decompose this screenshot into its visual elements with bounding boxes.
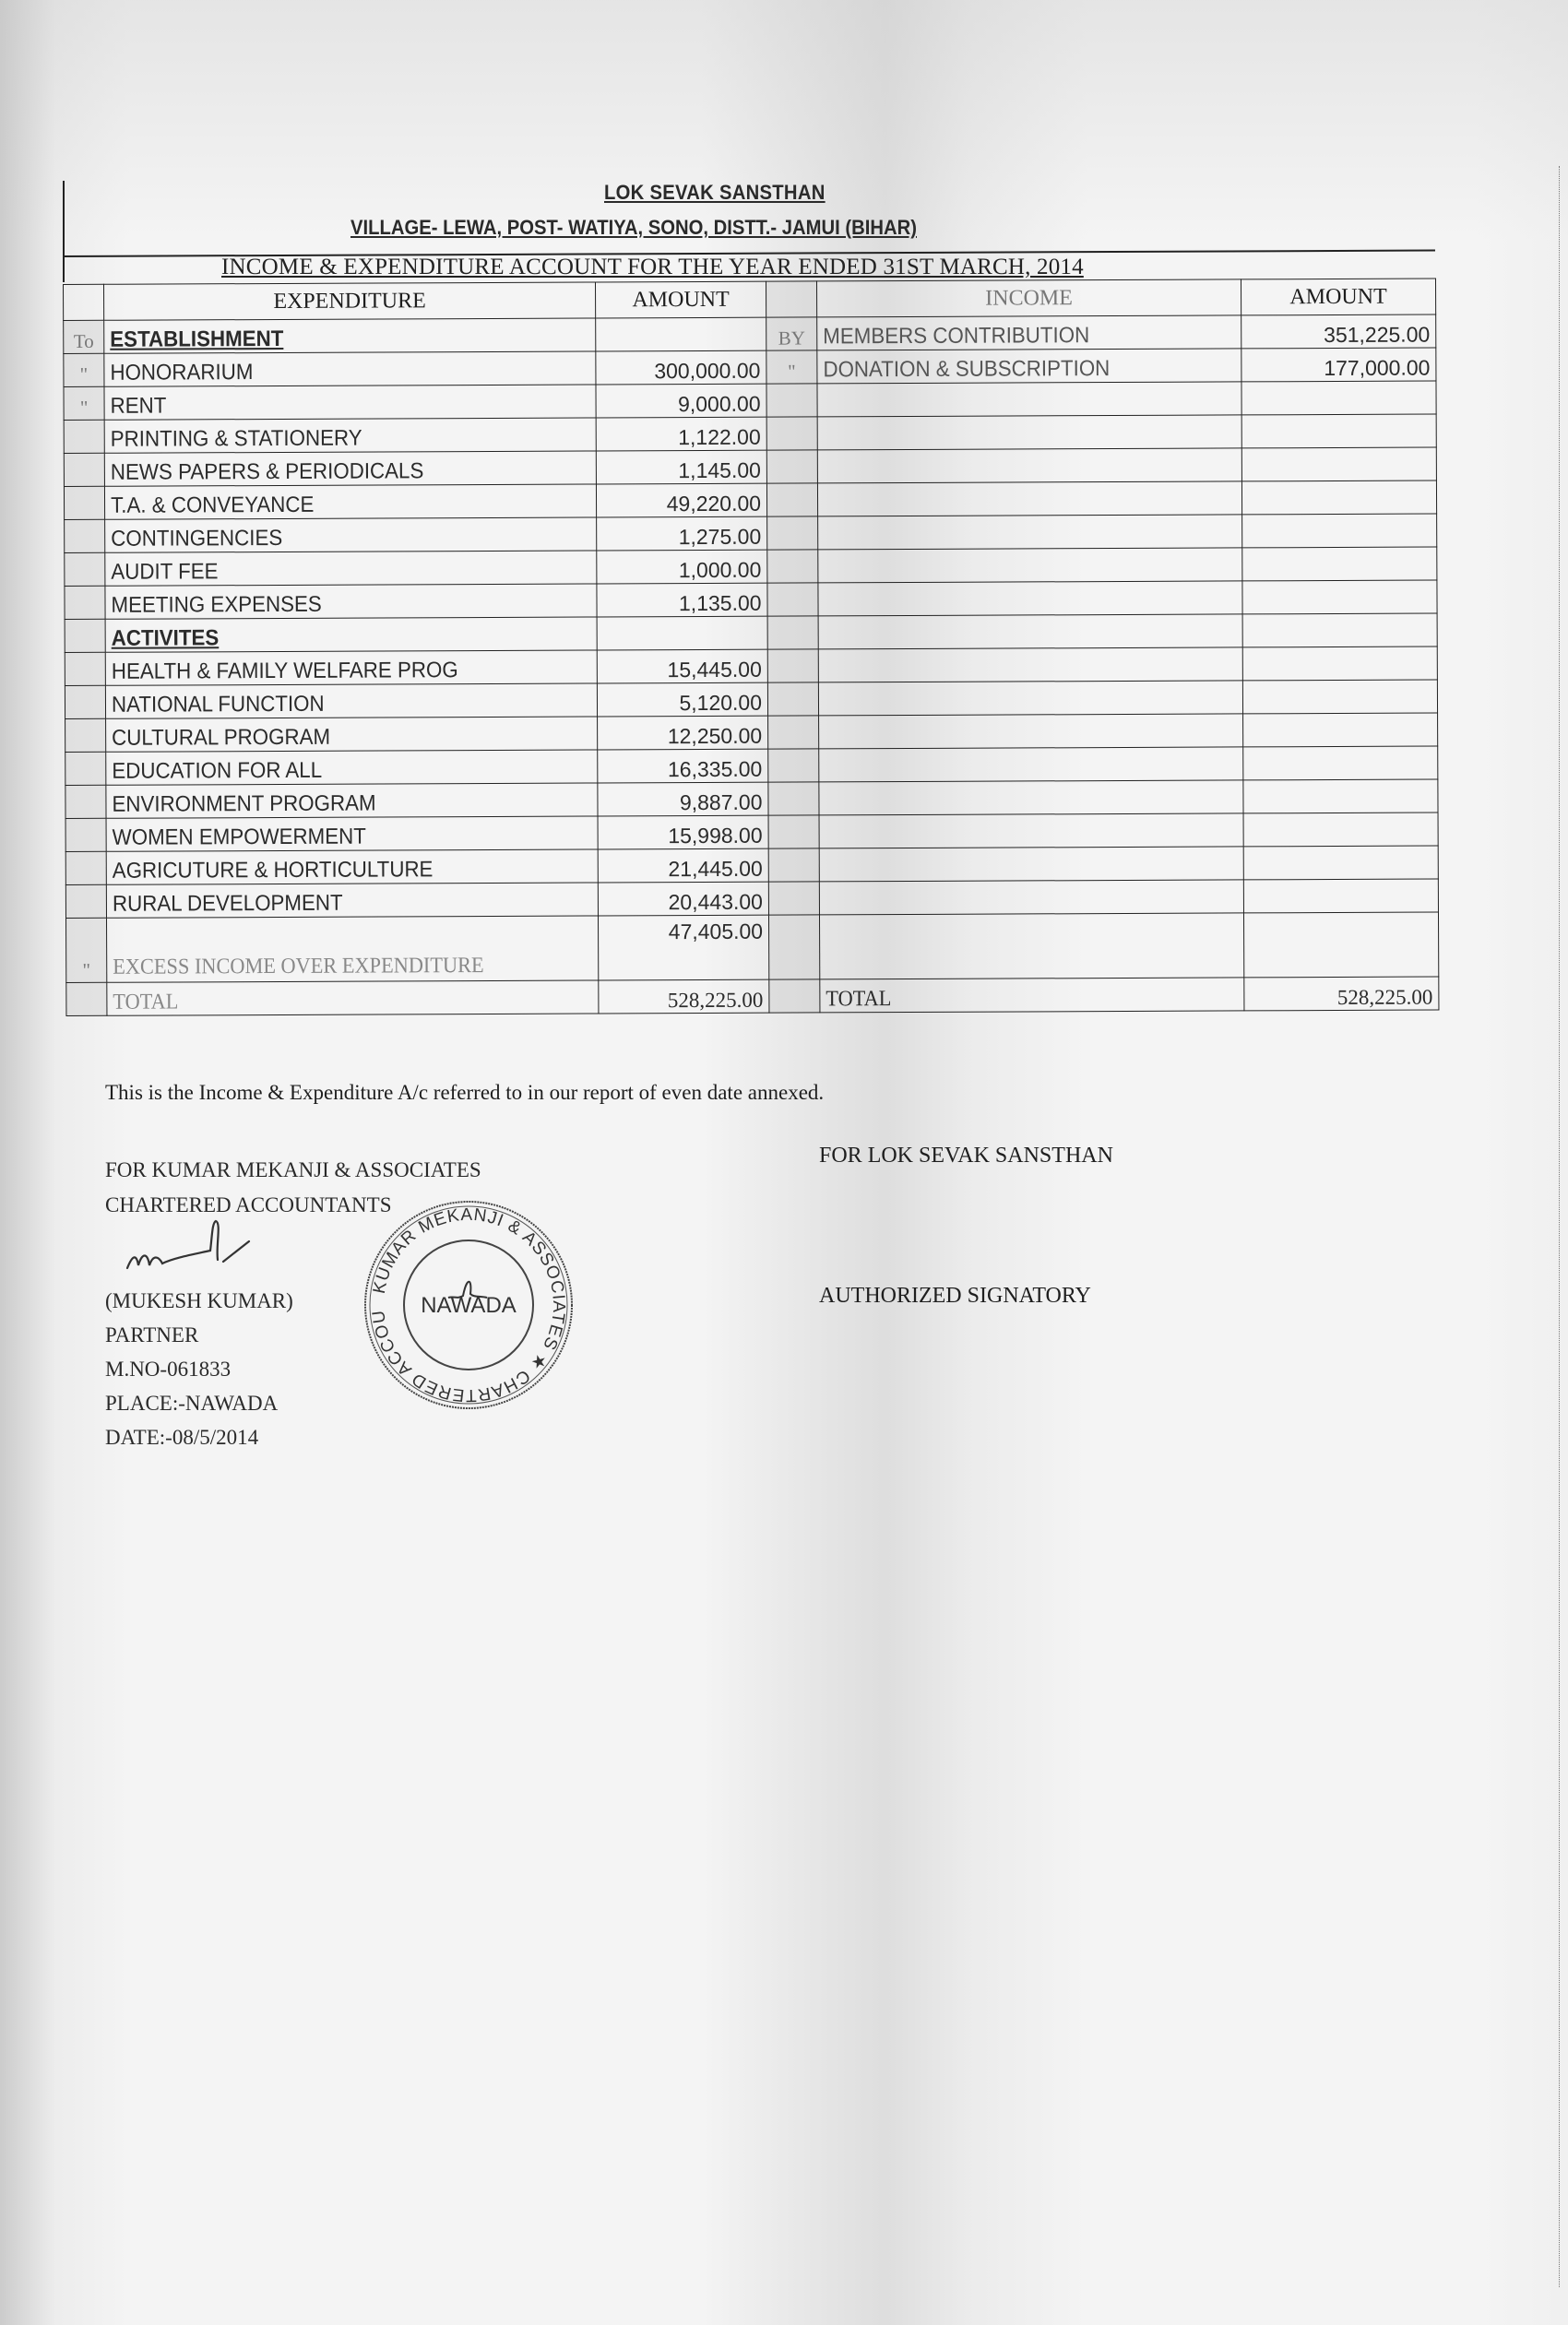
- expenditure-amount: 5,120.00: [597, 682, 767, 717]
- table-body: ToESTABLISHMENTBYMEMBERS CONTRIBUTION351…: [64, 314, 1439, 982]
- income-item: [819, 780, 1243, 815]
- expenditure-amount: 9,000.00: [596, 384, 766, 418]
- income-item: [817, 382, 1241, 417]
- income-prefix: [768, 716, 819, 749]
- income-prefix: [766, 450, 817, 483]
- income-total-label-text: TOTAL: [826, 987, 891, 1012]
- expenditure-amount: 20,443.00: [598, 882, 768, 916]
- expenditure-item-label: NEWS PAPERS & PERIODICALS: [111, 458, 424, 485]
- expenditure-amount: 47,405.00: [598, 915, 768, 980]
- income-amount: [1242, 680, 1437, 714]
- income-item: [819, 813, 1243, 848]
- expenditure-item-label: AUDIT FEE: [111, 559, 218, 586]
- income-amount: [1241, 414, 1436, 448]
- income-amount: [1243, 846, 1438, 880]
- expenditure-item: MEETING EXPENSES: [105, 584, 597, 619]
- income-item: [818, 681, 1242, 716]
- income-prefix-header: [766, 281, 816, 317]
- income-amount-header: AMOUNT: [1241, 279, 1435, 315]
- expenditure-prefix: [64, 420, 104, 453]
- income-prefix: [768, 848, 819, 882]
- income-amount: 177,000.00: [1241, 348, 1436, 382]
- income-item: [818, 581, 1242, 616]
- expenditure-prefix: [64, 453, 104, 486]
- income-total-prefix: [769, 979, 820, 1013]
- handwritten-signature: [120, 1217, 314, 1282]
- authorized-signatory: AUTHORIZED SIGNATORY: [819, 1284, 1091, 1309]
- organization-signature-block: FOR LOK SEVAK SANSTHAN AUTHORIZED SIGNAT…: [819, 1144, 1113, 1168]
- income-amount: [1242, 580, 1437, 614]
- income-header: INCOME: [816, 279, 1241, 317]
- expenditure-item: AGRICUTURE & HORTICULTURE: [106, 849, 598, 884]
- expenditure-item-label: NATIONAL FUNCTION: [112, 692, 325, 718]
- income-amount: [1243, 912, 1438, 978]
- expenditure-prefix: ": [64, 353, 104, 386]
- expenditure-amount-header: AMOUNT: [595, 281, 766, 318]
- income-item: [818, 647, 1242, 682]
- expenditure-amount: 1,275.00: [597, 516, 767, 551]
- income-prefix: [768, 782, 819, 815]
- expenditure-amount: 12,250.00: [598, 716, 768, 750]
- organization-for-line: FOR LOK SEVAK SANSTHAN: [819, 1144, 1113, 1168]
- expenditure-amount: [597, 616, 767, 650]
- expenditure-item: WOMEN EMPOWERMENT: [106, 816, 598, 851]
- income-amount: [1242, 547, 1437, 581]
- expenditure-item-label: EDUCATION FOR ALL: [112, 758, 322, 785]
- auditor-firm: FOR KUMAR MEKANJI & ASSOCIATES: [105, 1153, 481, 1188]
- expenditure-prefix: [65, 818, 106, 851]
- income-item: [818, 515, 1242, 550]
- page-edge-line: [1559, 166, 1560, 2287]
- expenditure-total-label-text: TOTAL: [113, 990, 178, 1014]
- total-prefix: [66, 982, 107, 1015]
- income-item: DONATION & SUBSCRIPTION: [817, 349, 1241, 384]
- income-item-label: DONATION & SUBSCRIPTION: [823, 356, 1110, 383]
- expenditure-item-label: CULTURAL PROGRAM: [112, 725, 330, 752]
- expenditure-item: NEWS PAPERS & PERIODICALS: [104, 451, 596, 486]
- expenditure-prefix: [65, 619, 105, 652]
- expenditure-item: RENT: [104, 385, 596, 420]
- expenditure-header: EXPENDITURE: [104, 282, 596, 320]
- income-item: [818, 548, 1242, 583]
- income-prefix: [767, 649, 818, 682]
- income-amount: [1243, 746, 1438, 780]
- income-amount: [1243, 713, 1438, 747]
- expenditure-amount: 300,000.00: [596, 350, 766, 385]
- income-item: [819, 847, 1243, 882]
- income-amount: [1243, 813, 1438, 847]
- expenditure-item: CULTURAL PROGRAM: [106, 717, 598, 752]
- income-amount: [1241, 480, 1436, 515]
- income-item: [819, 880, 1243, 915]
- expenditure-amount: 16,335.00: [598, 749, 768, 783]
- expenditure-item: ENVIRONMENT PROGRAM: [106, 783, 598, 818]
- expenditure-prefix: ": [64, 386, 104, 420]
- income-prefix: [766, 417, 817, 450]
- income-amount: [1243, 779, 1438, 813]
- expenditure-item: ESTABLISHMENT: [104, 318, 596, 353]
- expenditure-item: HONORARIUM: [104, 351, 596, 386]
- income-prefix: [766, 384, 817, 417]
- expenditure-item-label: MEETING EXPENSES: [111, 592, 321, 619]
- income-prefix: [767, 583, 818, 616]
- expenditure-item: PRINTING & STATIONERY: [104, 418, 596, 453]
- expenditure-item-label: ESTABLISHMENT: [110, 326, 283, 353]
- expenditure-item-label: ENVIRONMENT PROGRAM: [112, 791, 375, 818]
- expenditure-item-label: HEALTH & FAMILY WELFARE PROG: [112, 658, 458, 685]
- income-prefix: [767, 682, 818, 716]
- income-prefix: [768, 882, 819, 915]
- income-prefix: [767, 550, 818, 583]
- income-item: MEMBERS CONTRIBUTION: [817, 315, 1241, 350]
- income-prefix: [766, 483, 817, 516]
- expenditure-amount: 1,000.00: [597, 550, 767, 584]
- expenditure-prefix: [65, 851, 106, 884]
- stamp-center-text: NAWADA: [421, 1293, 517, 1318]
- expenditure-prefix: [65, 652, 105, 685]
- income-item: [817, 415, 1241, 450]
- income-prefix: [768, 915, 819, 979]
- expenditure-prefix: To: [64, 320, 104, 353]
- income-amount: [1242, 613, 1437, 647]
- expenditure-amount: 49,220.00: [596, 483, 766, 517]
- expenditure-item-label: EXCESS INCOME OVER EXPENDITURE: [113, 951, 484, 982]
- income-prefix: [768, 749, 819, 782]
- expenditure-item: RURAL DEVELOPMENT: [106, 883, 598, 918]
- income-item: [818, 614, 1242, 649]
- expenditure-prefix: ": [65, 918, 106, 982]
- income-amount: [1241, 447, 1436, 481]
- income-item: [819, 747, 1243, 782]
- auditor-seal-stamp: KUMAR MEKANJI & ASSOCIATES ★ CHARTERED A…: [358, 1194, 579, 1416]
- income-amount: [1242, 646, 1437, 681]
- income-total-amount: 528,225.00: [1244, 977, 1439, 1011]
- expenditure-item-label: RENT: [111, 394, 167, 420]
- prefix-header: [64, 284, 104, 320]
- expenditure-prefix: [65, 586, 105, 619]
- expenditure-amount: 1,122.00: [596, 417, 766, 451]
- expenditure-item: CONTINGENCIES: [105, 517, 597, 552]
- income-prefix: ": [766, 350, 817, 384]
- expenditure-amount: 15,998.00: [598, 815, 768, 849]
- expenditure-prefix: [65, 685, 105, 718]
- expenditure-prefix: [65, 785, 106, 818]
- income-amount: 351,225.00: [1241, 314, 1436, 349]
- expenditure-amount: 9,887.00: [598, 782, 768, 816]
- expenditure-item-label: CONTINGENCIES: [111, 526, 282, 552]
- report-note: This is the Income & Expenditure A/c ref…: [105, 1081, 824, 1105]
- expenditure-prefix: [65, 552, 105, 586]
- income-item-label: MEMBERS CONTRIBUTION: [823, 323, 1089, 350]
- expenditure-item-label: PRINTING & STATIONERY: [111, 426, 362, 453]
- expenditure-prefix: [64, 486, 104, 519]
- expenditure-item-label: WOMEN EMPOWERMENT: [113, 824, 366, 851]
- expenditure-item: HEALTH & FAMILY WELFARE PROG: [105, 650, 597, 685]
- expenditure-total-amount: 528,225.00: [599, 979, 769, 1014]
- income-item: [817, 481, 1241, 516]
- expenditure-prefix: [65, 752, 106, 785]
- income-expenditure-table: EXPENDITURE AMOUNT INCOME AMOUNT ToESTAB…: [63, 279, 1439, 1016]
- income-amount: [1243, 879, 1438, 913]
- total-row: TOTAL 528,225.00 TOTAL 528,225.00: [66, 977, 1439, 1015]
- expenditure-item-label: HONORARIUM: [110, 360, 253, 386]
- expenditure-item: ACTIVITES: [105, 617, 597, 652]
- signing-date: DATE:-08/5/2014: [105, 1420, 474, 1454]
- income-item: [819, 913, 1243, 979]
- table-header-row: EXPENDITURE AMOUNT INCOME AMOUNT: [64, 279, 1436, 320]
- expenditure-item-label: ACTIVITES: [112, 625, 220, 652]
- expenditure-item-label: AGRICUTURE & HORTICULTURE: [113, 857, 434, 884]
- expenditure-item: EDUCATION FOR ALL: [106, 750, 598, 785]
- account-title: INCOME & EXPENDITURE ACCOUNT FOR THE YEA…: [221, 255, 1084, 280]
- expenditure-prefix: [65, 718, 106, 752]
- expenditure-amount: 15,445.00: [597, 649, 767, 683]
- expenditure-item: T.A. & CONVEYANCE: [104, 484, 596, 519]
- expenditure-amount: [596, 317, 766, 351]
- income-prefix: [768, 815, 819, 848]
- income-total-label: TOTAL: [820, 978, 1244, 1013]
- expenditure-item-label: RURAL DEVELOPMENT: [113, 891, 343, 918]
- income-prefix: [767, 616, 818, 649]
- expenditure-total-label: TOTAL: [107, 980, 599, 1015]
- expenditure-prefix: [65, 519, 105, 552]
- expenditure-item: NATIONAL FUNCTION: [105, 683, 597, 718]
- organization-address: VILLAGE- LEWA, POST- WATIYA, SONO, DISTT…: [350, 216, 917, 240]
- income-item: [819, 714, 1243, 749]
- organization-name: LOK SEVAK SANSTHAN: [604, 181, 826, 205]
- expenditure-item: EXCESS INCOME OVER EXPENDITURE: [106, 916, 598, 982]
- income-prefix: BY: [766, 317, 817, 350]
- expenditure-amount: 1,145.00: [596, 450, 766, 484]
- expenditure-amount: 21,445.00: [598, 848, 768, 883]
- expenditure-prefix: [65, 884, 106, 918]
- expenditure-item-label: T.A. & CONVEYANCE: [111, 492, 314, 519]
- income-prefix: [767, 516, 818, 550]
- income-item: [817, 448, 1241, 483]
- table-row: "EXCESS INCOME OVER EXPENDITURE47,405.00: [65, 912, 1438, 982]
- expenditure-item: AUDIT FEE: [105, 551, 597, 586]
- income-amount: [1242, 514, 1437, 548]
- income-amount: [1241, 381, 1436, 415]
- expenditure-amount: 1,135.00: [597, 583, 767, 617]
